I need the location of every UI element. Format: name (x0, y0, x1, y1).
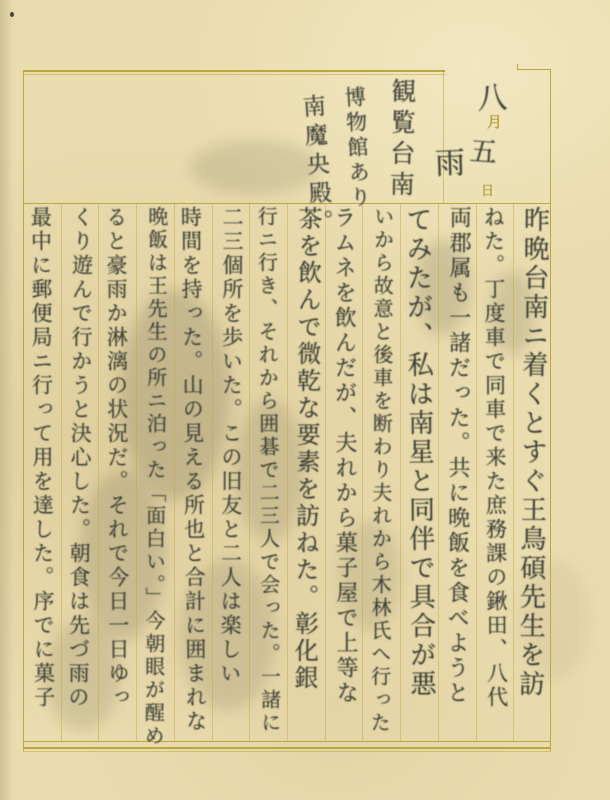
handwritten-weather: 雨 (423, 146, 468, 178)
date-box-left-line (443, 72, 444, 203)
diary-text-column: いから故意と後車を断わり夫れから木林氏へ行った (360, 206, 402, 735)
diary-text-column: ると豪雨か淋漓の状況だ。それで今日一日ゆっ (97, 206, 138, 710)
frame-top-line (23, 70, 445, 72)
diary-page: 月 日 八 五 雨 観覧台南 博物館あり 南魔央殿。 昨晩台南ニ着くとすぐ王鳥碩… (0, 0, 610, 800)
printed-month-label: 月 (487, 111, 502, 132)
diary-text-column: 時間を持った。山の見える所也と合計に囲まれな (171, 206, 215, 734)
date-box-top-line (517, 69, 550, 70)
diary-text-column: 二三個所を歩いた。この旧友と二人は楽しい (211, 206, 252, 686)
diary-text-column: 行ニ行き、それから囲碁で二三人で会った。一諸に (247, 206, 289, 735)
diary-text-column: 晩飯は王先生の所ニ泊った「面白い。」今朝眼が醒め (134, 206, 176, 748)
diary-text-column: 両郡属も一諸だった。共に晩飯を食べようと (437, 206, 478, 706)
date-box-stub (517, 64, 518, 70)
grid-bottom-line (23, 741, 551, 742)
diary-text-column: くり遊んで行かうと決心した。朝食は先づ雨の (59, 206, 101, 710)
frame-bottom-line2 (23, 751, 551, 752)
diary-text-column: てみたが、私は南星と同伴で具合が悪 (398, 206, 440, 699)
diary-text-column: 最中に郵便局ニ行って用を達した。序でに菓子 (21, 206, 63, 710)
frame-top-line2 (23, 74, 445, 75)
header-note: 博物館あり (339, 85, 376, 211)
diary-text-column: ねた。丁度車で同車で来た庶務課の鍬田、八代 (474, 206, 516, 710)
frame-bottom-line (23, 747, 551, 749)
printed-day-label: 日 (481, 180, 494, 199)
paper-speck (10, 12, 14, 17)
header-note: 観覧台南 (382, 78, 420, 203)
handwritten-month: 八 (465, 81, 511, 113)
diary-text-column: ラムネを飲んだが、夫れから菓子屋で上等な (324, 206, 365, 706)
diary-text-column: 茶を飲んで微乾な要素を訪ねた。彰化銀 (285, 206, 327, 692)
diary-text-column: 昨晩台南ニ着くとすぐ王鳥碩先生を訪 (510, 206, 553, 699)
